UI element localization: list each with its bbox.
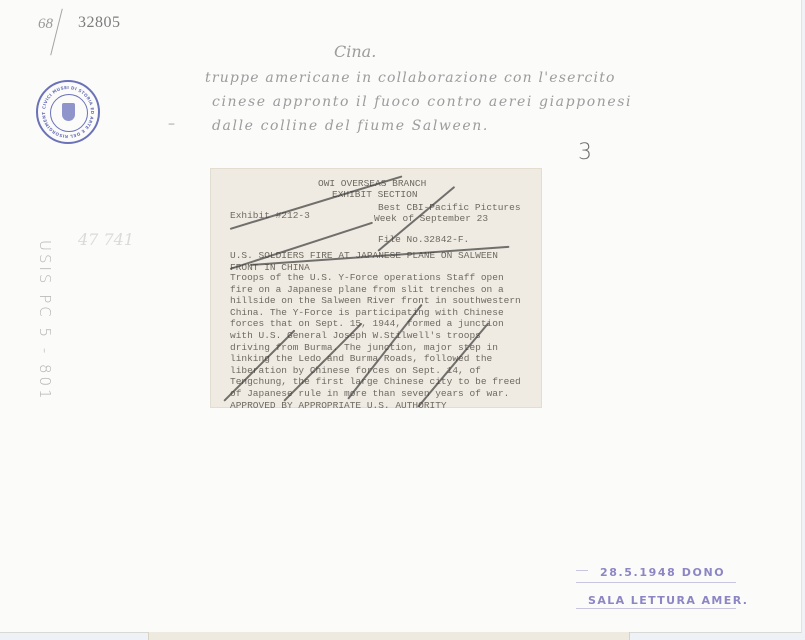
handwritten-page-number: 3 xyxy=(578,140,592,165)
caption-body-line: Troops of the U.S. Y-Force operations St… xyxy=(230,272,521,284)
caption-week: Week of September 23 xyxy=(374,213,488,225)
caption-body-line: forces that on Sept. 15, 1944, formed a … xyxy=(230,318,521,330)
margin-faint-note: 47 741 xyxy=(78,230,134,249)
handwritten-dash: – xyxy=(168,116,175,132)
photo-edge-underneath xyxy=(148,632,630,640)
handwritten-line: truppe americane in collaborazione con l… xyxy=(205,70,616,86)
caption-body-line: hillside on the Salween River front in s… xyxy=(230,295,521,307)
photo-verso-mount: 68 32805 CIVICI MUSEI DI STORIA ED ARTE … xyxy=(0,0,802,633)
inventory-code: 32805 xyxy=(78,14,121,32)
caption-body-line: APPROVED BY APPROPRIATE U.S. AUTHORITY xyxy=(230,400,521,412)
caption-body: Troops of the U.S. Y-Force operations St… xyxy=(230,272,521,411)
caption-body-line: liberation by Chinese forces on Sept. 14… xyxy=(230,365,521,377)
caption-body-line: China. The Y-Force is participating with… xyxy=(230,307,521,319)
accession-date-stamp: 28.5.1948 DONO xyxy=(600,566,725,579)
reading-room-stamp: SALA LETTURA AMER. xyxy=(588,594,748,607)
handwritten-line: cinese appronto il fuoco contro aerei gi… xyxy=(212,94,632,110)
stamp-rule xyxy=(576,570,588,571)
caption-body-line: of Japanese rule in more than seven year… xyxy=(230,388,521,400)
handwritten-line: dalle colline del fiume Salween. xyxy=(212,118,489,134)
handwritten-title: Cina. xyxy=(334,42,376,61)
stamp-rule xyxy=(576,608,736,609)
caption-body-line: fire on a Japanese plane from slit trenc… xyxy=(230,284,521,296)
caption-series: Best CBI-Pacific Pictures xyxy=(378,202,521,214)
typed-caption-card: OWI OVERSEAS BRANCH EXHIBIT SECTION Exhi… xyxy=(210,168,542,408)
margin-catalog-note: USIS PC 5 - 801 xyxy=(36,240,54,402)
coat-of-arms-icon xyxy=(62,103,75,121)
stamp-rule xyxy=(576,582,736,583)
inventory-prefix: 68 xyxy=(38,16,53,33)
caption-body-line: Tengchung, the first large Chinese city … xyxy=(230,376,521,388)
museum-seal-stamp: CIVICI MUSEI DI STORIA ED ARTE E DEL RIS… xyxy=(36,80,100,144)
